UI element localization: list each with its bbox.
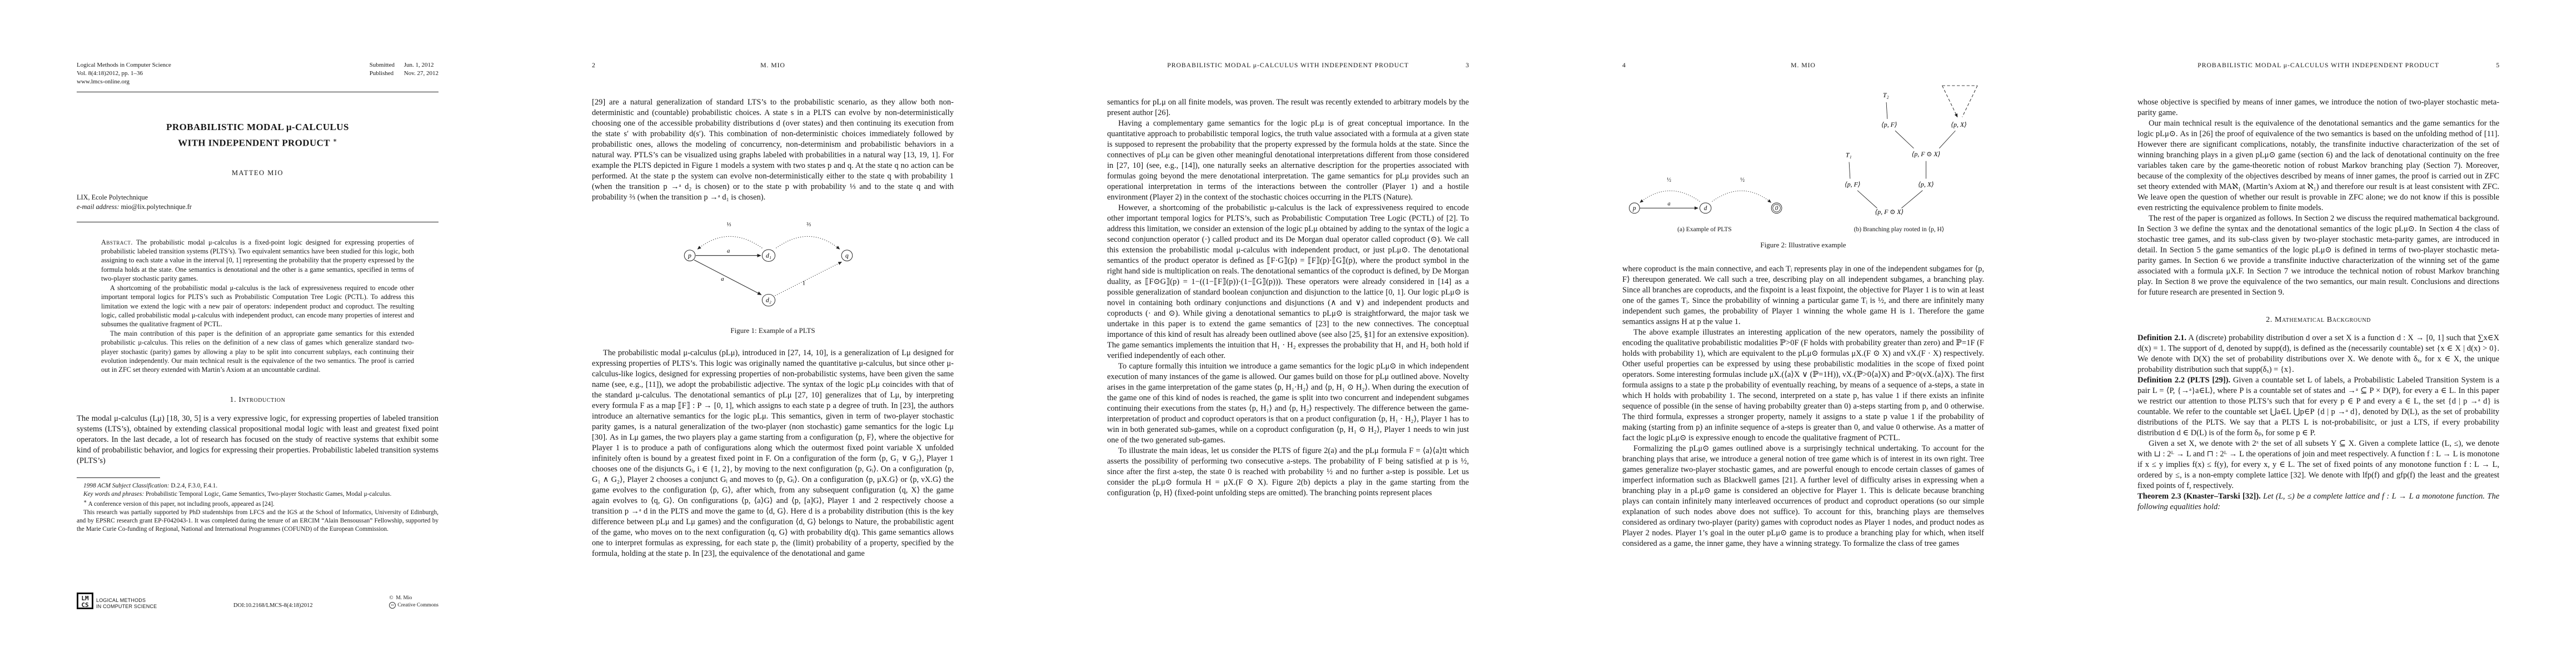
figure-1-caption: Figure 1: Example of a PLTS bbox=[592, 325, 954, 336]
copyright-name: M. Mio bbox=[396, 595, 412, 601]
abstract: Abstract. The probabilistic modal μ-calc… bbox=[101, 238, 414, 375]
author-name: MATTEO MIO bbox=[77, 169, 439, 177]
fig2a-prob-half-right: ½ bbox=[1740, 177, 1745, 183]
section-2-heading: 2. Mathematical Background bbox=[2137, 315, 2499, 325]
journal-masthead: Logical Methods in Computer Science Vol.… bbox=[77, 61, 439, 86]
paragraph: semantics for pLμ on all finite models, … bbox=[1107, 97, 1469, 118]
figure-2-caption: Figure 2: Illustrative example bbox=[1622, 241, 1984, 250]
running-header: 4 M. MIO bbox=[1622, 61, 1984, 69]
figure-1: p d₁ q d₂ a a ⅓ ⅔ 1 Figure 1: Example of… bbox=[592, 217, 954, 336]
abstract-label: Abstract. bbox=[101, 238, 133, 246]
footnote-conference: ∗ A conference version of this paper, no… bbox=[77, 498, 439, 509]
fig1-node-p: p bbox=[687, 252, 691, 259]
footnote-keywords: Key words and phrases: Probabilistic Tem… bbox=[77, 490, 439, 499]
running-header: PROBABILISTIC MODAL μ-CALCULUS WITH INDE… bbox=[2137, 61, 2499, 69]
submission-dates: SubmittedJun. 1, 2012 PublishedNov. 27, … bbox=[370, 61, 439, 86]
figure-2a-diagram: p d 0 a ½ ½ bbox=[1624, 174, 1785, 219]
figure-2b-diagram: ⟨p, F ⊙ X⟩ ⟨p, F⟩ ⟨p, X⟩ T₁ ⟨p, F ⊙ X⟩ ⟨… bbox=[1816, 82, 1982, 218]
lmcs-logo: LM CS LOGICAL METHODS IN COMPUTER SCIENC… bbox=[77, 593, 157, 609]
paragraph: where coproduct is the main connective, … bbox=[1622, 264, 1984, 327]
published-date: Nov. 27, 2012 bbox=[404, 70, 439, 77]
fig1-prob-two-thirds: ⅔ bbox=[806, 221, 811, 228]
journal-info: Logical Methods in Computer Science Vol.… bbox=[77, 61, 171, 86]
submitted-label: Submitted bbox=[370, 61, 404, 69]
paper-title-line1: PROBABILISTIC MODAL μ-CALCULUS bbox=[77, 120, 439, 134]
figure-2b: ⟨p, F ⊙ X⟩ ⟨p, F⟩ ⟨p, X⟩ T₁ ⟨p, F ⊙ X⟩ ⟨… bbox=[1816, 82, 1982, 233]
theorem-2-3-label: Theorem 2.3 (Knaster–Tarski [32]). bbox=[2137, 492, 2261, 501]
figure-1-diagram: p d₁ q d₂ a a ⅓ ⅔ 1 bbox=[679, 217, 868, 314]
page-1: Logical Methods in Computer Science Vol.… bbox=[0, 0, 515, 667]
journal-url: www.lmcs-online.org bbox=[77, 78, 171, 86]
paragraph: Our main technical result is the equival… bbox=[2137, 118, 2499, 213]
journal-name: Logical Methods in Computer Science bbox=[77, 61, 171, 69]
document-spread: Logical Methods in Computer Science Vol.… bbox=[0, 0, 2576, 667]
affiliation: LIX, Ecole Polytechnique bbox=[77, 193, 439, 202]
footnote-rule bbox=[77, 477, 160, 478]
page-3: PROBABILISTIC MODAL μ-CALCULUS WITH INDE… bbox=[1030, 0, 1546, 667]
figure-2a: p d 0 a ½ ½ (a) Example of PLTS bbox=[1624, 174, 1785, 233]
page-4: 4 M. MIO bbox=[1546, 0, 2061, 667]
fig2b-node-px2: ⟨p, X⟩ bbox=[1951, 121, 1966, 128]
fig2a-node-p: p bbox=[1632, 205, 1636, 212]
paragraph: However, a shortcoming of the probabilis… bbox=[1107, 203, 1469, 361]
theorem-2-3: Theorem 2.3 (Knaster–Tarski [32]). Let (… bbox=[2137, 491, 2499, 512]
paragraph: The above example illustrates an interes… bbox=[1622, 327, 1984, 444]
fig2a-node-0: 0 bbox=[1775, 205, 1778, 212]
paragraph: [29] are a natural generalization of sta… bbox=[592, 97, 954, 203]
fig2a-prob-half-left: ½ bbox=[1667, 177, 1671, 183]
page-number: 4 bbox=[1622, 61, 1626, 69]
abstract-paragraph: A shortcoming of the probabilistic modal… bbox=[101, 283, 414, 329]
definition-2-1: Definition 2.1. A (discrete) probability… bbox=[2137, 333, 2499, 375]
paragraph: To illustrate the main ideas, let us con… bbox=[1107, 446, 1469, 499]
running-title: PROBABILISTIC MODAL μ-CALCULUS WITH INDE… bbox=[2198, 61, 2439, 69]
paper-title: PROBABILISTIC MODAL μ-CALCULUS WITH INDE… bbox=[77, 120, 439, 150]
creative-commons-text: Creative Commons bbox=[397, 603, 439, 608]
definition-2-1-label: Definition 2.1. bbox=[2137, 333, 2186, 342]
fig2b-node-pf2: ⟨p, F⟩ bbox=[1881, 121, 1897, 128]
running-title: M. MIO bbox=[760, 61, 785, 69]
definition-2-2: Definition 2.2 (PLTS [29]). Given a coun… bbox=[2137, 375, 2499, 439]
definition-2-2-label: Definition 2.2 (PLTS [29]). bbox=[2137, 376, 2230, 385]
title-rule bbox=[77, 222, 439, 222]
copyright-icon: © bbox=[389, 595, 393, 601]
paragraph: Having a complementary game semantics fo… bbox=[1107, 118, 1469, 203]
running-header: PROBABILISTIC MODAL μ-CALCULUS WITH INDE… bbox=[1107, 61, 1469, 69]
introduction-text: The modal μ-calculus (Lμ) [18, 30, 5] is… bbox=[77, 414, 439, 466]
paragraph: The rest of the paper is organized as fo… bbox=[2137, 213, 2499, 298]
creative-commons-icon: cc bbox=[389, 602, 396, 609]
running-title: PROBABILISTIC MODAL μ-CALCULUS WITH INDE… bbox=[1167, 61, 1409, 69]
fig1-node-q: q bbox=[845, 252, 849, 259]
email-address[interactable]: mio@lix.polytechnique.fr bbox=[121, 203, 191, 211]
fig2b-node-px1: ⟨p, X⟩ bbox=[1918, 181, 1934, 188]
paragraph: The probabilistic modal μ-calculus (pLμ)… bbox=[592, 348, 954, 559]
footnote-funding: This research was partially supported by… bbox=[77, 509, 439, 533]
affiliation-block: LIX, Ecole Polytechnique e-mail address:… bbox=[77, 193, 439, 212]
page-footer: LM CS LOGICAL METHODS IN COMPUTER SCIENC… bbox=[77, 593, 439, 609]
figure-2: p d 0 a ½ ½ (a) Example of PLTS bbox=[1622, 82, 1984, 233]
page-number: 2 bbox=[592, 61, 595, 69]
title-footnote-star: ∗ bbox=[333, 137, 337, 144]
fig1-node-d1: d₁ bbox=[766, 252, 771, 259]
fig1-prob-one-third: ⅓ bbox=[726, 221, 731, 228]
paper-title-line2: WITH INDEPENDENT PRODUCT ∗ bbox=[77, 134, 439, 150]
section-1-heading: 1. Introduction bbox=[77, 396, 439, 405]
email-label: e-mail address: bbox=[77, 203, 119, 211]
fig1-node-d2: d₂ bbox=[766, 297, 771, 304]
fig2a-node-d: d bbox=[1704, 205, 1707, 212]
masthead-rule bbox=[77, 92, 439, 92]
footnotes: 1998 ACM Subject Classification: D.2.4, … bbox=[77, 482, 439, 534]
running-title: M. MIO bbox=[1791, 61, 1816, 69]
fig2a-action-a: a bbox=[1667, 201, 1670, 207]
abstract-paragraph: The main contribution of this paper is t… bbox=[101, 329, 414, 375]
fig2b-label-t2: T₂ bbox=[1883, 91, 1889, 99]
fig2b-label-t1: T₁ bbox=[1846, 151, 1852, 159]
submitted-date: Jun. 1, 2012 bbox=[404, 62, 434, 68]
paragraph: Formalizing the pLμ⊙ games outlined abov… bbox=[1622, 444, 1984, 549]
page-number: 5 bbox=[2496, 61, 2499, 69]
paragraph: The modal μ-calculus (Lμ) [18, 30, 5] is… bbox=[77, 414, 439, 466]
copyright-block: © M. Mio ccCreative Commons bbox=[389, 595, 439, 609]
doi: DOI:10.2168/LMCS-8(4:18)2012 bbox=[233, 603, 313, 609]
fig2b-node-fox: ⟨p, F ⊙ X⟩ bbox=[1912, 150, 1941, 158]
paragraph: To capture formally this intuition we in… bbox=[1107, 361, 1469, 446]
lmcs-logo-icon: LM CS bbox=[77, 593, 93, 609]
page-5: PROBABILISTIC MODAL μ-CALCULUS WITH INDE… bbox=[2061, 0, 2576, 667]
fig1-prob-one: 1 bbox=[802, 280, 805, 286]
running-header: 2 M. MIO bbox=[592, 61, 954, 69]
page-number: 3 bbox=[1466, 61, 1469, 69]
fig2b-node-root: ⟨p, F ⊙ X⟩ bbox=[1875, 208, 1904, 216]
lmcs-logo-text: LOGICAL METHODS IN COMPUTER SCIENCE bbox=[96, 598, 157, 609]
journal-volume: Vol. 8(4:18)2012, pp. 1–36 bbox=[77, 69, 171, 78]
figure-2b-caption: (b) Branching play rooted in ⟨p, H⟩ bbox=[1816, 225, 1982, 233]
page-2: 2 M. MIO [29] are a natural generalizati… bbox=[515, 0, 1030, 667]
abstract-paragraph: Abstract. The probabilistic modal μ-calc… bbox=[101, 238, 414, 283]
published-label: Published bbox=[370, 69, 404, 78]
figure-2a-caption: (a) Example of PLTS bbox=[1624, 226, 1785, 233]
fig1-action-a2: a bbox=[721, 276, 724, 282]
fig2b-node-pf1: ⟨p, F⟩ bbox=[1845, 181, 1860, 188]
paragraph: Given a set X, we denote with 2ˣ the set… bbox=[2137, 439, 2499, 491]
footnote-acm: 1998 ACM Subject Classification: D.2.4, … bbox=[77, 482, 439, 490]
fig1-action-a1: a bbox=[727, 247, 730, 254]
paragraph: whose objective is specified by means of… bbox=[2137, 97, 2499, 118]
